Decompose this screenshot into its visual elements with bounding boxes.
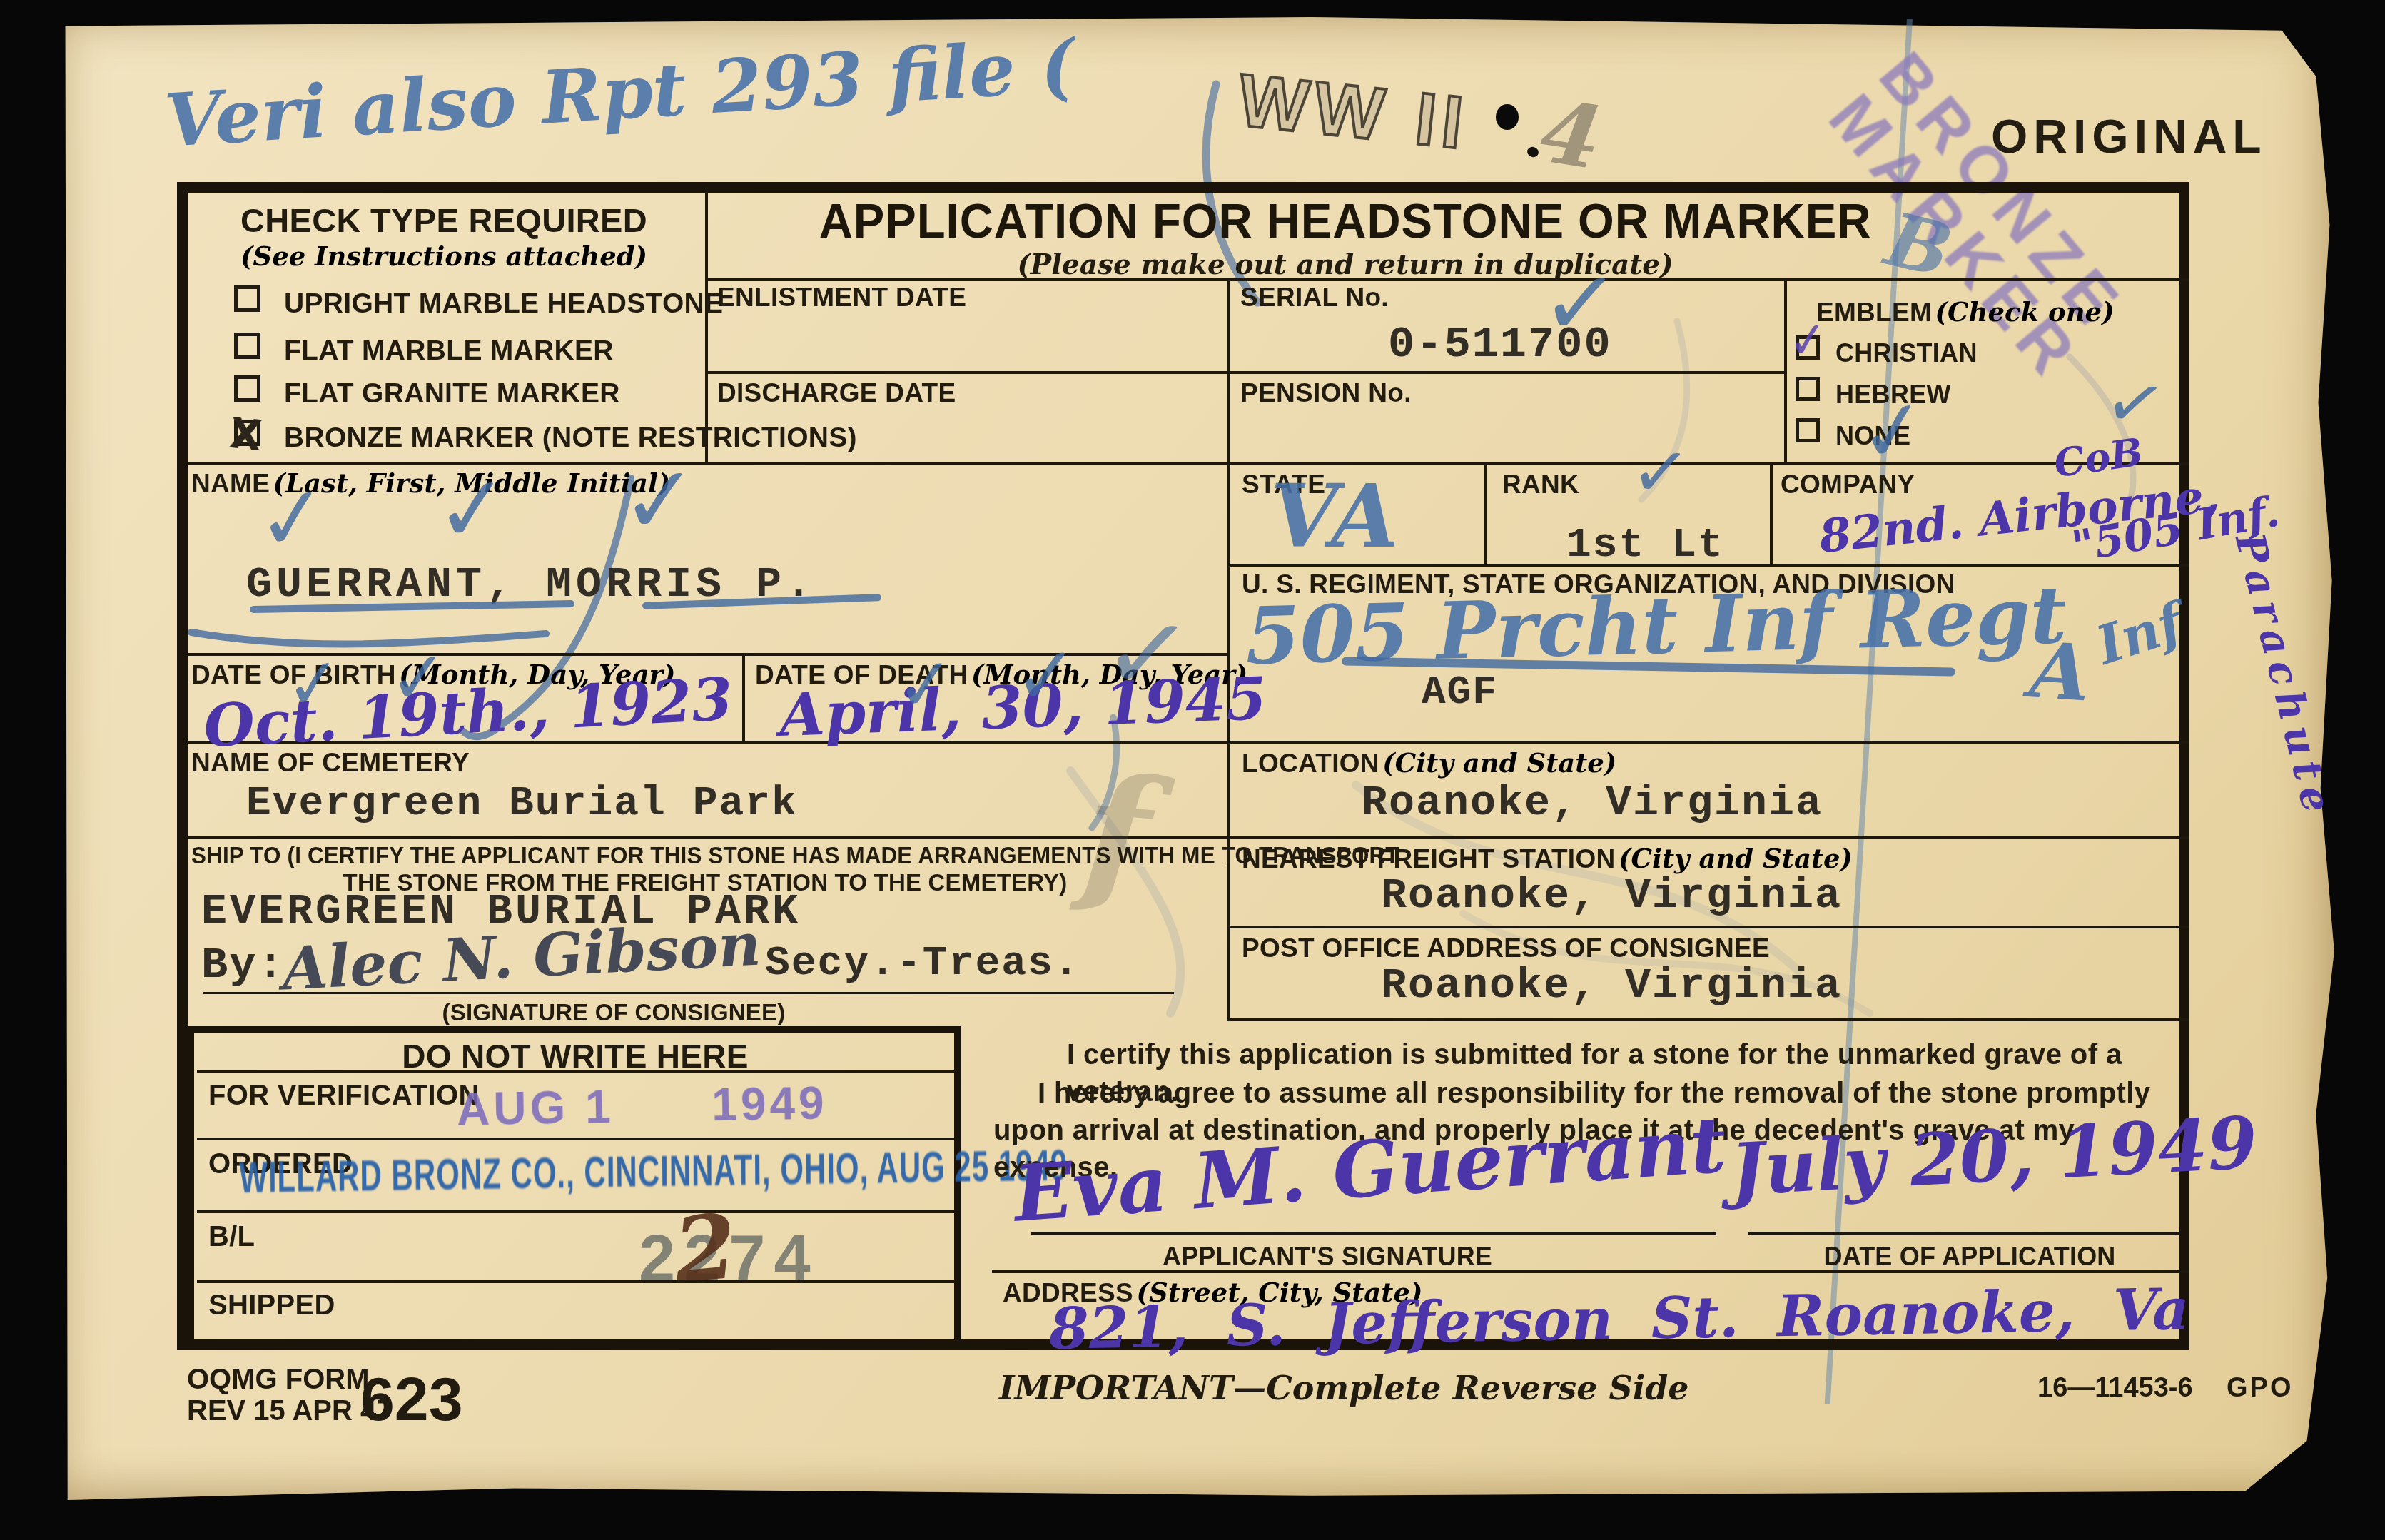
dnw-line-3 [197, 1210, 955, 1213]
applicant-signature-caption: APPLICANT'S SIGNATURE [1042, 1242, 1613, 1271]
scanned-form-page: Veri also Rpt 293 file ( WW II 4 ORIGINA… [0, 0, 2385, 1540]
margin-note-a: A [2027, 632, 2092, 713]
serial-no-label: SERIAL No. [1240, 284, 1389, 312]
consignee-signature-caption: (SIGNATURE OF CONSIGNEE) [364, 999, 864, 1026]
dnw-line-4 [197, 1280, 955, 1283]
discharge-date-label: DISCHARGE DATE [717, 380, 956, 407]
cemetery-label: NAME OF CEMETERY [191, 749, 470, 777]
dod-checkmark-2: ✓ [1012, 635, 1080, 716]
punch-hole [1496, 104, 1519, 130]
location-value: Roanoke, Virginia [1362, 782, 1823, 825]
rank-value: 1st Lt [1566, 525, 1724, 567]
gpo-label: GPO [2227, 1374, 2293, 1403]
form-subtitle: (Please make out and return in duplicate… [756, 251, 1934, 279]
top-margin-handwriting: Veri also Rpt 293 file ( [163, 29, 1077, 158]
check-type-title: CHECK TYPE REQUIRED [194, 203, 694, 238]
application-date-caption: DATE OF APPLICATION [1770, 1242, 2169, 1271]
grid-line [705, 371, 1784, 374]
post-office-label: POST OFFICE ADDRESS OF CONSIGNEE [1242, 935, 1770, 963]
verification-date-stamp: AUG 1 1949 [456, 1080, 828, 1132]
checkbox-flat-marble-label: FLAT MARBLE MARKER [284, 337, 614, 366]
checkbox-hebrew [1796, 377, 1820, 401]
name-checkmark-1: ✓ [253, 473, 333, 566]
form-title: APPLICATION FOR HEADSTONE OR MARKER [780, 197, 1910, 245]
original-label: ORIGINAL [1991, 113, 2267, 160]
post-office-value: Roanoke, Virginia [1381, 965, 1842, 1008]
dod-checkmark-3: ✓ [1098, 597, 1198, 712]
regiment-value: 505 Prcht Inf Regt [1245, 576, 2067, 676]
location-label-text: LOCATION [1242, 749, 1379, 778]
checkbox-flat-marble [234, 333, 260, 359]
grid-line [1227, 1018, 2189, 1021]
christian-checkmark: ✓ [1786, 315, 1831, 368]
form-number: 623 [360, 1367, 463, 1432]
application-date-line [1748, 1232, 2180, 1235]
dnw-line-1 [197, 1070, 955, 1073]
emblem-label: EMBLEM (Check one) [1816, 298, 2115, 327]
important-note: IMPORTANT—Complete Reverse Side [999, 1372, 1689, 1404]
consignee-signature-line [203, 992, 1174, 994]
ship-to-secy-treas: Secy.-Treas. [765, 943, 1080, 985]
ship-to-by-label: By: [201, 943, 285, 988]
form-id-line1: OQMG FORM [187, 1364, 370, 1394]
regiment-agf-value: AGF [1422, 672, 1498, 712]
grid-line [1770, 462, 1773, 564]
dob-checkmark-1: ✓ [283, 649, 345, 721]
grid-line [742, 653, 745, 741]
grid-line [1227, 278, 1230, 1020]
rank-checkmark: ✓ [1628, 435, 1693, 511]
grid-line [1484, 462, 1487, 564]
bronze-marker-x-mark: X [228, 412, 264, 457]
ship-to-label-line1: SHIP TO (I CERTIFY THE APPLICANT FOR THI… [191, 842, 1399, 869]
grid-line [1227, 926, 2189, 928]
name-checkmark-3: ✓ [619, 452, 700, 548]
checkbox-upright-marble-label: UPRIGHT MARBLE HEADSTONE [284, 290, 723, 319]
checkbox-none [1796, 418, 1820, 442]
location-label: LOCATION (City and State) [1242, 749, 1616, 778]
checkbox-flat-granite [234, 375, 260, 402]
checkbox-flat-granite-label: FLAT GRANITE MARKER [284, 380, 620, 409]
grid-line [1784, 278, 1787, 465]
dnw-line-2 [197, 1138, 955, 1140]
emblem-label-text: EMBLEM [1816, 298, 1932, 327]
print-code: 16—11453-6 [2037, 1374, 2193, 1403]
pension-no-label: PENSION No. [1240, 380, 1412, 407]
cemetery-value: Evergreen Burial Park [246, 784, 798, 825]
checkbox-christian-label: CHRISTIAN [1835, 340, 1978, 367]
name-value: GUERRANT, MORRIS P. [246, 564, 816, 607]
state-value: VA [1270, 472, 1399, 559]
dob-checkmark-2: ✓ [387, 641, 450, 715]
rank-label: RANK [1502, 471, 1579, 499]
dod-checkmark-1: ✓ [893, 647, 958, 723]
emblem-label-qualifier: (Check one) [1935, 296, 2115, 328]
enlistment-date-label: ENLISTMENT DATE [717, 284, 966, 312]
pencil-mark: 4 [1535, 88, 1607, 183]
applicant-signature-line [1031, 1232, 1716, 1235]
dnw-shipped-label: SHIPPED [208, 1290, 335, 1320]
company-checkmark-1: ✓ [1853, 387, 1933, 477]
dnw-verification-label: FOR VERIFICATION [208, 1080, 480, 1110]
ww2-stamp: WW II [1235, 63, 1472, 161]
dnw-title: DO NOT WRITE HERE [197, 1039, 953, 1073]
location-label-qualifier: (City and State) [1382, 747, 1616, 779]
dnw-bl-label: B/L [208, 1222, 255, 1252]
serial-checkmark: ✓ [1539, 254, 1623, 352]
check-type-subtitle: (See Instructions attached) [194, 243, 694, 270]
checkbox-upright-marble [234, 285, 260, 312]
freight-label-qualifier: (City and State) [1619, 843, 1853, 874]
name-checkmark-2: ✓ [432, 462, 513, 557]
margin-parachute-note: Parachute [2229, 530, 2339, 823]
grid-line [188, 836, 2189, 839]
checkbox-bronze-marker-label: BRONZE MARKER (NOTE RESTRICTIONS) [284, 424, 857, 453]
freight-value: Roanoke, Virginia [1381, 875, 1842, 918]
